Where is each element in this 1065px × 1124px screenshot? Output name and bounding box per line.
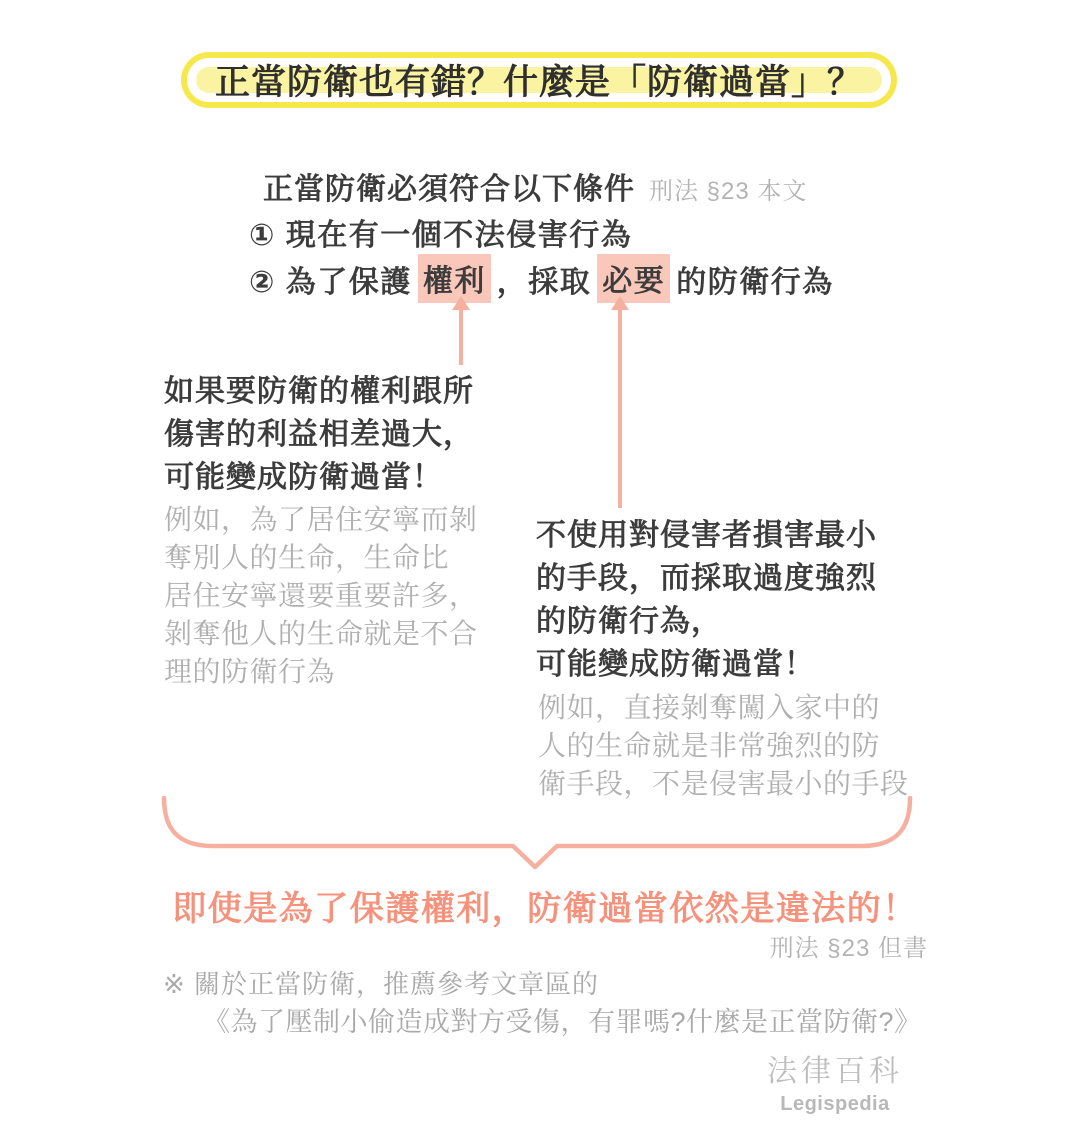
- left-explanation-main: 如果要防衛的權利跟所 傷害的利益相差過大， 可能變成防衛過當！: [164, 370, 474, 499]
- condition-item-2-suffix: 的防衛行為: [676, 257, 834, 301]
- page-title: 正當防衛也有錯？什麼是「防衛過當」？: [215, 55, 863, 105]
- logo-subtitle: Legispedia: [735, 1093, 935, 1116]
- arrow-head: [452, 296, 470, 310]
- right-explanation-example: 例如，直接剝奪闖入家中的 人的生命就是非常強烈的防 衛手段，不是侵害最小的手段: [538, 689, 909, 803]
- condition-item-2: ② 為了保護 權利 ，採取 必要 的防衛行為: [249, 254, 834, 303]
- curly-brace-icon: [161, 796, 913, 874]
- title-banner: 正當防衛也有錯？什麼是「防衛過當」？: [181, 52, 897, 108]
- conclusion-headline: 即使是為了保護權利，防衛過當依然是違法的！: [0, 881, 1065, 930]
- logo-name: 法律百科: [735, 1046, 935, 1090]
- arrow-tail: [459, 310, 463, 365]
- condition-item-2-middle: ，採取: [497, 257, 592, 301]
- highlight-necessary: 必要: [597, 254, 670, 303]
- condition-item-2-prefix: ② 為了保護: [249, 257, 412, 301]
- up-arrow-icon-left: [452, 296, 470, 365]
- condition-item-1: ① 現在有一個不法侵害行為: [249, 210, 632, 254]
- title-banner-fill: 正當防衛也有錯？什麼是「防衛過當」？: [196, 67, 882, 93]
- law-reference-conclusion: 刑法 §23 但書: [770, 928, 928, 963]
- title-banner-inner-ring: 正當防衛也有錯？什麼是「防衛過當」？: [187, 58, 891, 102]
- law-reference-main: 刑法 §23 本文: [649, 171, 807, 206]
- footer-note-line1: ※ 關於正當防衛，推薦參考文章區的: [163, 964, 599, 1001]
- footer-note-line2: 《為了壓制小偷造成對方受傷，有罪嗎?什麼是正當防衛?》: [203, 1000, 922, 1039]
- left-explanation-example: 例如，為了居住安寧而剝 奪別人的生命，生命比 居住安寧還要重要許多， 剝奪他人的…: [164, 501, 478, 691]
- conditions-heading: 正當防衛必須符合以下條件: [263, 164, 635, 208]
- infographic-canvas: 正當防衛也有錯？什麼是「防衛過當」？ 正當防衛必須符合以下條件 刑法 §23 本…: [0, 0, 1065, 1124]
- arrow-tail: [618, 310, 622, 508]
- arrow-head: [611, 296, 629, 310]
- up-arrow-icon-right: [611, 296, 629, 508]
- legispedia-logo: 法律百科 Legispedia: [735, 1046, 935, 1116]
- conditions-heading-row: 正當防衛必須符合以下條件 刑法 §23 本文: [263, 164, 807, 208]
- right-explanation-main: 不使用對侵害者損害最小 的手段，而採取過度強烈 的防衛行為， 可能變成防衛過當！: [536, 514, 877, 686]
